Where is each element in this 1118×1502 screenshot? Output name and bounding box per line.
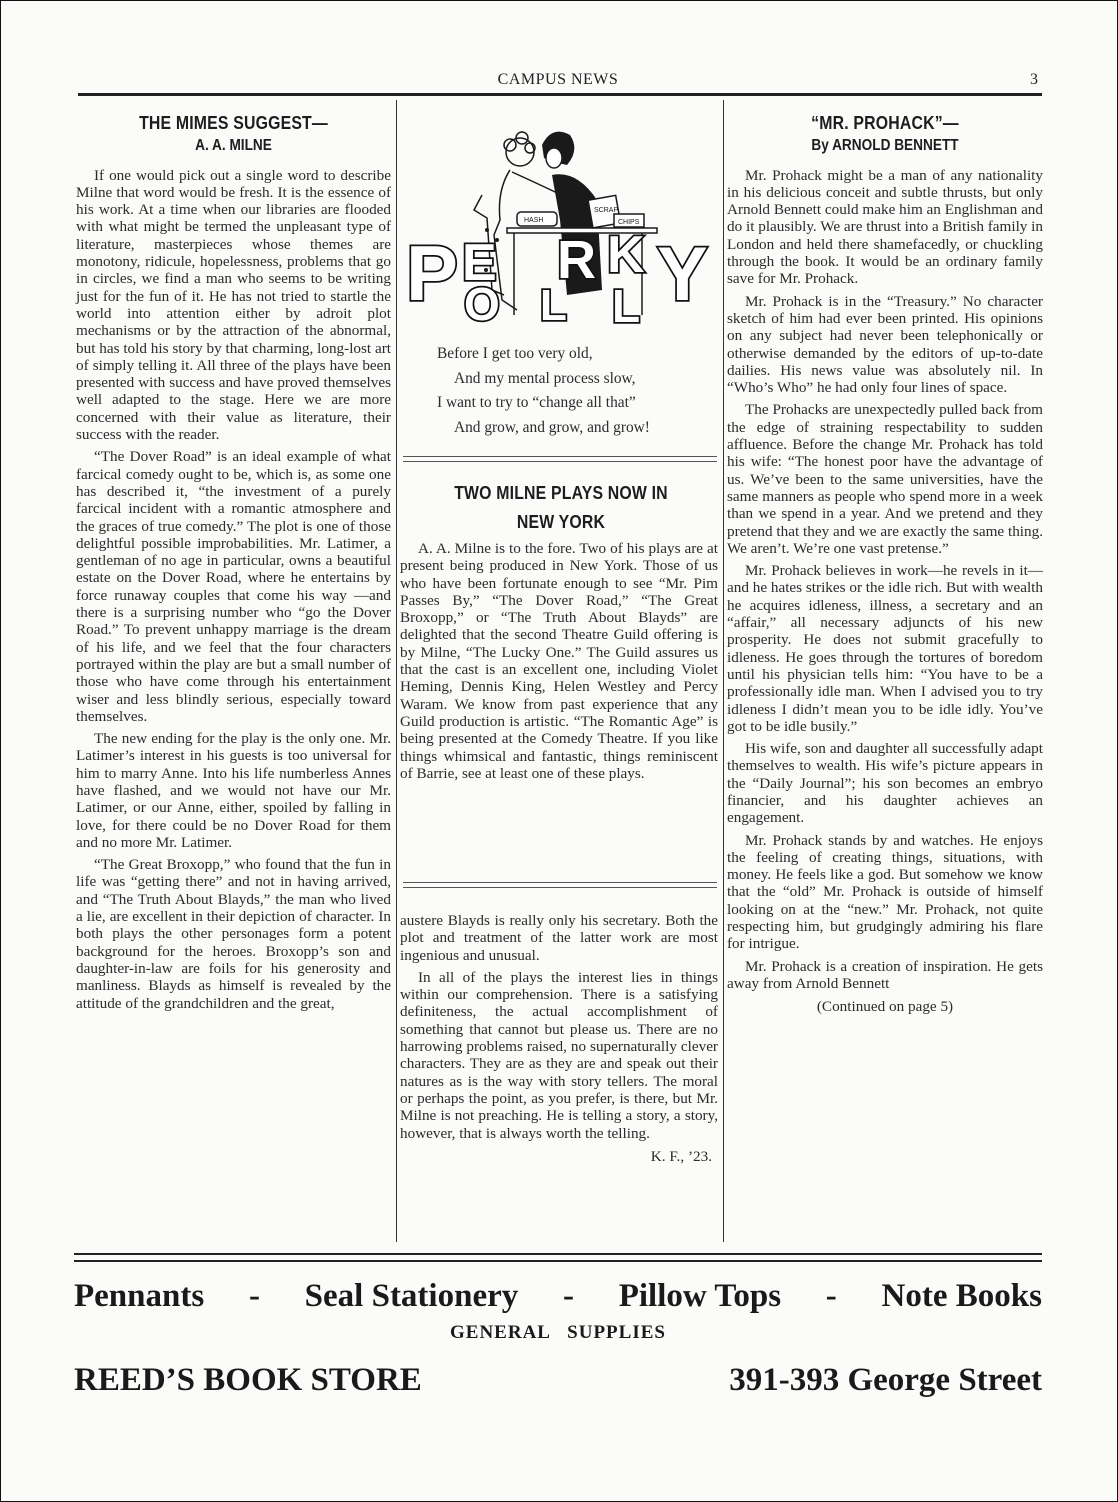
advertisement-products: Pennants - Seal Stationery - Pillow Tops… xyxy=(74,1278,1042,1315)
ad-item-pillow-tops: Pillow Tops xyxy=(619,1278,781,1315)
column-divider-right xyxy=(723,100,724,1242)
paragraph: Mr. Prohack might be a man of any nation… xyxy=(727,167,1043,288)
page-number: 3 xyxy=(1030,71,1038,89)
svg-text:Y: Y xyxy=(657,232,708,317)
svg-text:CHIPS: CHIPS xyxy=(618,219,640,226)
svg-text:K: K xyxy=(607,226,645,284)
publication-title: CAMPUS NEWS xyxy=(74,71,1042,89)
svg-text:L: L xyxy=(540,281,567,330)
section-rule xyxy=(403,882,717,888)
paragraph: Mr. Prohack is in the “Treasury.” No cha… xyxy=(727,293,1043,397)
paragraph: “The Dover Road” is an ideal example of … xyxy=(76,448,391,725)
ad-separator: - xyxy=(249,1278,260,1315)
ad-item-seal-stationery: Seal Stationery xyxy=(305,1278,519,1315)
paragraph: In all of the plays the interest lies in… xyxy=(400,969,718,1142)
article-mimes-suggest: THE MIMES SUGGEST— A. A. MILNE If one wo… xyxy=(76,112,391,1017)
paragraph: The Prohacks are unexpectedly pulled bac… xyxy=(727,401,1043,557)
header-rule xyxy=(78,93,1042,96)
section-rule xyxy=(403,456,717,462)
paragraph: Mr. Prohack is a creation of inspiration… xyxy=(727,958,1043,993)
poem-line: Before I get too very old, xyxy=(437,342,722,367)
article-headline: THE MIMES SUGGEST— xyxy=(95,115,372,132)
poem-line: And grow, and grow, and grow! xyxy=(437,416,722,441)
ad-item-note-books: Note Books xyxy=(882,1278,1042,1315)
advertisement-store: REED’S BOOK STORE 391-393 George Street xyxy=(74,1362,1042,1399)
paragraph: His wife, son and daughter all successfu… xyxy=(727,740,1043,826)
svg-text:P: P xyxy=(406,229,458,317)
paragraph: “The Great Broxopp,” who found that the … xyxy=(76,856,391,1012)
article-headline-line2: NEW YORK xyxy=(421,512,701,533)
article-headline: TWO MILNE PLAYS NOW IN xyxy=(421,483,701,504)
perky-polly-poem: Before I get too very old, And my mental… xyxy=(437,342,722,440)
article-mr-prohack: “MR. PROHACK”— By ARNOLD BENNETT Mr. Pro… xyxy=(727,112,1043,1016)
article-two-milne-plays: A. A. Milne is to the fore. Two of his p… xyxy=(400,540,718,787)
poem-line: I want to try to “change all that” xyxy=(437,391,722,416)
paragraph: austere Blayds is really only his secret… xyxy=(400,912,718,964)
svg-text:O: O xyxy=(464,278,500,330)
svg-text:SCRAP: SCRAP xyxy=(594,207,618,214)
store-address: 391-393 George Street xyxy=(729,1362,1042,1399)
article-byline: A. A. MILNE xyxy=(95,137,372,154)
perky-polly-icon: HASH SCRAP CHIPS P E O R L K L Y xyxy=(402,100,722,330)
ad-separator: - xyxy=(826,1278,837,1315)
ad-separator: - xyxy=(563,1278,574,1315)
running-head: CAMPUS NEWS 3 xyxy=(74,71,1042,91)
svg-text:HASH: HASH xyxy=(524,217,543,224)
store-name: REED’S BOOK STORE xyxy=(74,1362,422,1399)
paragraph: Mr. Prohack believes in work—he revels i… xyxy=(727,562,1043,735)
perky-polly-illustration: HASH SCRAP CHIPS P E O R L K L Y xyxy=(402,100,722,330)
ad-item-pennants: Pennants xyxy=(74,1278,204,1315)
article-two-milne-plays-heading: TWO MILNE PLAYS NOW IN NEW YORK xyxy=(402,480,720,533)
paragraph: The new ending for the play is the only … xyxy=(76,730,391,851)
paragraph: A. A. Milne is to the fore. Two of his p… xyxy=(400,540,718,782)
advertisement-tagline: GENERAL SUPPLIES xyxy=(74,1322,1042,1344)
svg-text:L: L xyxy=(612,280,640,330)
article-headline: “MR. PROHACK”— xyxy=(746,115,1024,132)
article-byline: By ARNOLD BENNETT xyxy=(746,137,1024,154)
paragraph: If one would pick out a single word to d… xyxy=(76,167,391,444)
advertisement-rule xyxy=(74,1253,1042,1262)
continued-notice: (Continued on page 5) xyxy=(727,998,1043,1015)
mimes-suggest-continuation: austere Blayds is really only his secret… xyxy=(400,912,718,1165)
author-signature: K. F., ’23. xyxy=(400,1148,718,1165)
column-divider-left xyxy=(396,100,397,1242)
poem-line: And my mental process slow, xyxy=(437,367,722,392)
paragraph: Mr. Prohack stands by and watches. He en… xyxy=(727,832,1043,953)
